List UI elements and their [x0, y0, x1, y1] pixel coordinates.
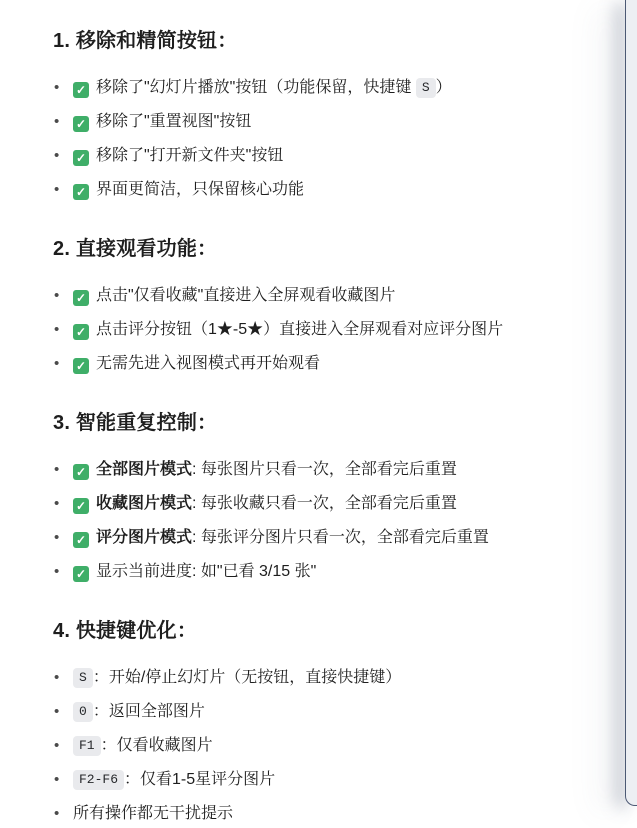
- item-text: ：仅看收藏图片: [101, 737, 213, 754]
- keyboard-key: F1: [73, 736, 101, 756]
- item-text: 移除了"打开新文件夹"按钮: [96, 147, 283, 164]
- list-item: •✓收藏图片模式: 每张收藏只看一次，全部看完后重置: [53, 492, 597, 516]
- check-icon: ✓: [73, 116, 89, 132]
- bullet-icon: •: [54, 666, 59, 690]
- section-heading: 2. 直接观看功能：: [53, 236, 597, 262]
- bullet-icon: •: [54, 458, 59, 482]
- item-text: 界面更简洁，只保留核心功能: [96, 181, 304, 198]
- check-icon: ✓: [73, 566, 89, 582]
- list-item: •0：返回全部图片: [53, 700, 597, 724]
- item-text: ）: [436, 79, 452, 96]
- list-item: •✓点击"仅看收藏"直接进入全屏观看收藏图片: [53, 284, 597, 308]
- bullet-icon: •: [54, 492, 59, 516]
- feature-section: 1. 移除和精简按钮：•✓移除了"幻灯片播放"按钮（功能保留，快捷键 S）•✓移…: [53, 28, 597, 202]
- document-content: 1. 移除和精简按钮：•✓移除了"幻灯片播放"按钮（功能保留，快捷键 S）•✓移…: [0, 0, 637, 828]
- section-list: •✓点击"仅看收藏"直接进入全屏观看收藏图片•✓点击评分按钮（1★-5★）直接进…: [53, 284, 597, 376]
- feature-section: 4. 快捷键优化：•S：开始/停止幻灯片（无按钮，直接快捷键）•0：返回全部图片…: [53, 618, 597, 826]
- list-item: •✓点击评分按钮（1★-5★）直接进入全屏观看对应评分图片: [53, 318, 597, 342]
- check-icon: ✓: [73, 464, 89, 480]
- bullet-icon: •: [54, 768, 59, 792]
- item-label: 评分图片模式: [96, 529, 192, 546]
- list-item: •✓界面更简洁，只保留核心功能: [53, 178, 597, 202]
- list-item: •F2-F6：仅看1-5星评分图片: [53, 768, 597, 792]
- item-text: ：返回全部图片: [93, 703, 205, 720]
- item-text: 点击"仅看收藏"直接进入全屏观看收藏图片: [96, 287, 395, 304]
- bullet-icon: •: [54, 802, 59, 826]
- item-text: 移除了"重置视图"按钮: [96, 113, 251, 130]
- list-item: •所有操作都无干扰提示: [53, 802, 597, 826]
- keyboard-key: 0: [73, 702, 93, 722]
- bullet-icon: •: [54, 318, 59, 342]
- check-icon: ✓: [73, 532, 89, 548]
- overlapping-window-edge[interactable]: [625, 0, 637, 806]
- item-text: ：仅看1-5星评分图片: [124, 771, 275, 788]
- item-text: : 每张评分图片只看一次，全部看完后重置: [192, 529, 489, 546]
- item-text: 点击评分按钮（1★-5★）直接进入全屏观看对应评分图片: [96, 321, 503, 338]
- item-text: : 每张收藏只看一次，全部看完后重置: [192, 495, 457, 512]
- item-text: 无需先进入视图模式再开始观看: [96, 355, 320, 372]
- check-icon: ✓: [73, 184, 89, 200]
- feature-section: 2. 直接观看功能：•✓点击"仅看收藏"直接进入全屏观看收藏图片•✓点击评分按钮…: [53, 236, 597, 376]
- item-label: 收藏图片模式: [96, 495, 192, 512]
- bullet-icon: •: [54, 110, 59, 134]
- check-icon: ✓: [73, 290, 89, 306]
- bullet-icon: •: [54, 526, 59, 550]
- check-icon: ✓: [73, 82, 89, 98]
- keyboard-key: S: [416, 78, 436, 98]
- item-text: : 每张图片只看一次，全部看完后重置: [192, 461, 457, 478]
- bullet-icon: •: [54, 560, 59, 584]
- bullet-icon: •: [54, 352, 59, 376]
- check-icon: ✓: [73, 324, 89, 340]
- bullet-icon: •: [54, 284, 59, 308]
- bullet-icon: •: [54, 144, 59, 168]
- bullet-icon: •: [54, 178, 59, 202]
- list-item: •✓移除了"重置视图"按钮: [53, 110, 597, 134]
- list-item: •✓移除了"幻灯片播放"按钮（功能保留，快捷键 S）: [53, 76, 597, 100]
- item-text: 移除了"幻灯片播放"按钮（功能保留，快捷键: [96, 79, 416, 96]
- section-heading: 3. 智能重复控制：: [53, 410, 597, 436]
- list-item: •✓无需先进入视图模式再开始观看: [53, 352, 597, 376]
- list-item: •S：开始/停止幻灯片（无按钮，直接快捷键）: [53, 666, 597, 690]
- check-icon: ✓: [73, 498, 89, 514]
- feature-section: 3. 智能重复控制：•✓全部图片模式: 每张图片只看一次，全部看完后重置•✓收藏…: [53, 410, 597, 584]
- section-list: •✓全部图片模式: 每张图片只看一次，全部看完后重置•✓收藏图片模式: 每张收藏…: [53, 458, 597, 584]
- section-list: •S：开始/停止幻灯片（无按钮，直接快捷键）•0：返回全部图片•F1：仅看收藏图…: [53, 666, 597, 826]
- list-item: •✓显示当前进度: 如"已看 3/15 张": [53, 560, 597, 584]
- item-label: 全部图片模式: [96, 461, 192, 478]
- list-item: •F1：仅看收藏图片: [53, 734, 597, 758]
- item-text: 显示当前进度: 如"已看 3/15 张": [96, 563, 316, 580]
- bullet-icon: •: [54, 700, 59, 724]
- item-text: ：开始/停止幻灯片（无按钮，直接快捷键）: [93, 669, 401, 686]
- section-heading: 4. 快捷键优化：: [53, 618, 597, 644]
- section-heading: 1. 移除和精简按钮：: [53, 28, 597, 54]
- list-item: •✓评分图片模式: 每张评分图片只看一次，全部看完后重置: [53, 526, 597, 550]
- bullet-icon: •: [54, 76, 59, 100]
- check-icon: ✓: [73, 358, 89, 374]
- list-item: •✓移除了"打开新文件夹"按钮: [53, 144, 597, 168]
- list-item: •✓全部图片模式: 每张图片只看一次，全部看完后重置: [53, 458, 597, 482]
- keyboard-key: F2-F6: [73, 770, 124, 790]
- keyboard-key: S: [73, 668, 93, 688]
- check-icon: ✓: [73, 150, 89, 166]
- section-list: •✓移除了"幻灯片播放"按钮（功能保留，快捷键 S）•✓移除了"重置视图"按钮•…: [53, 76, 597, 202]
- item-text: 所有操作都无干扰提示: [73, 805, 233, 822]
- bullet-icon: •: [54, 734, 59, 758]
